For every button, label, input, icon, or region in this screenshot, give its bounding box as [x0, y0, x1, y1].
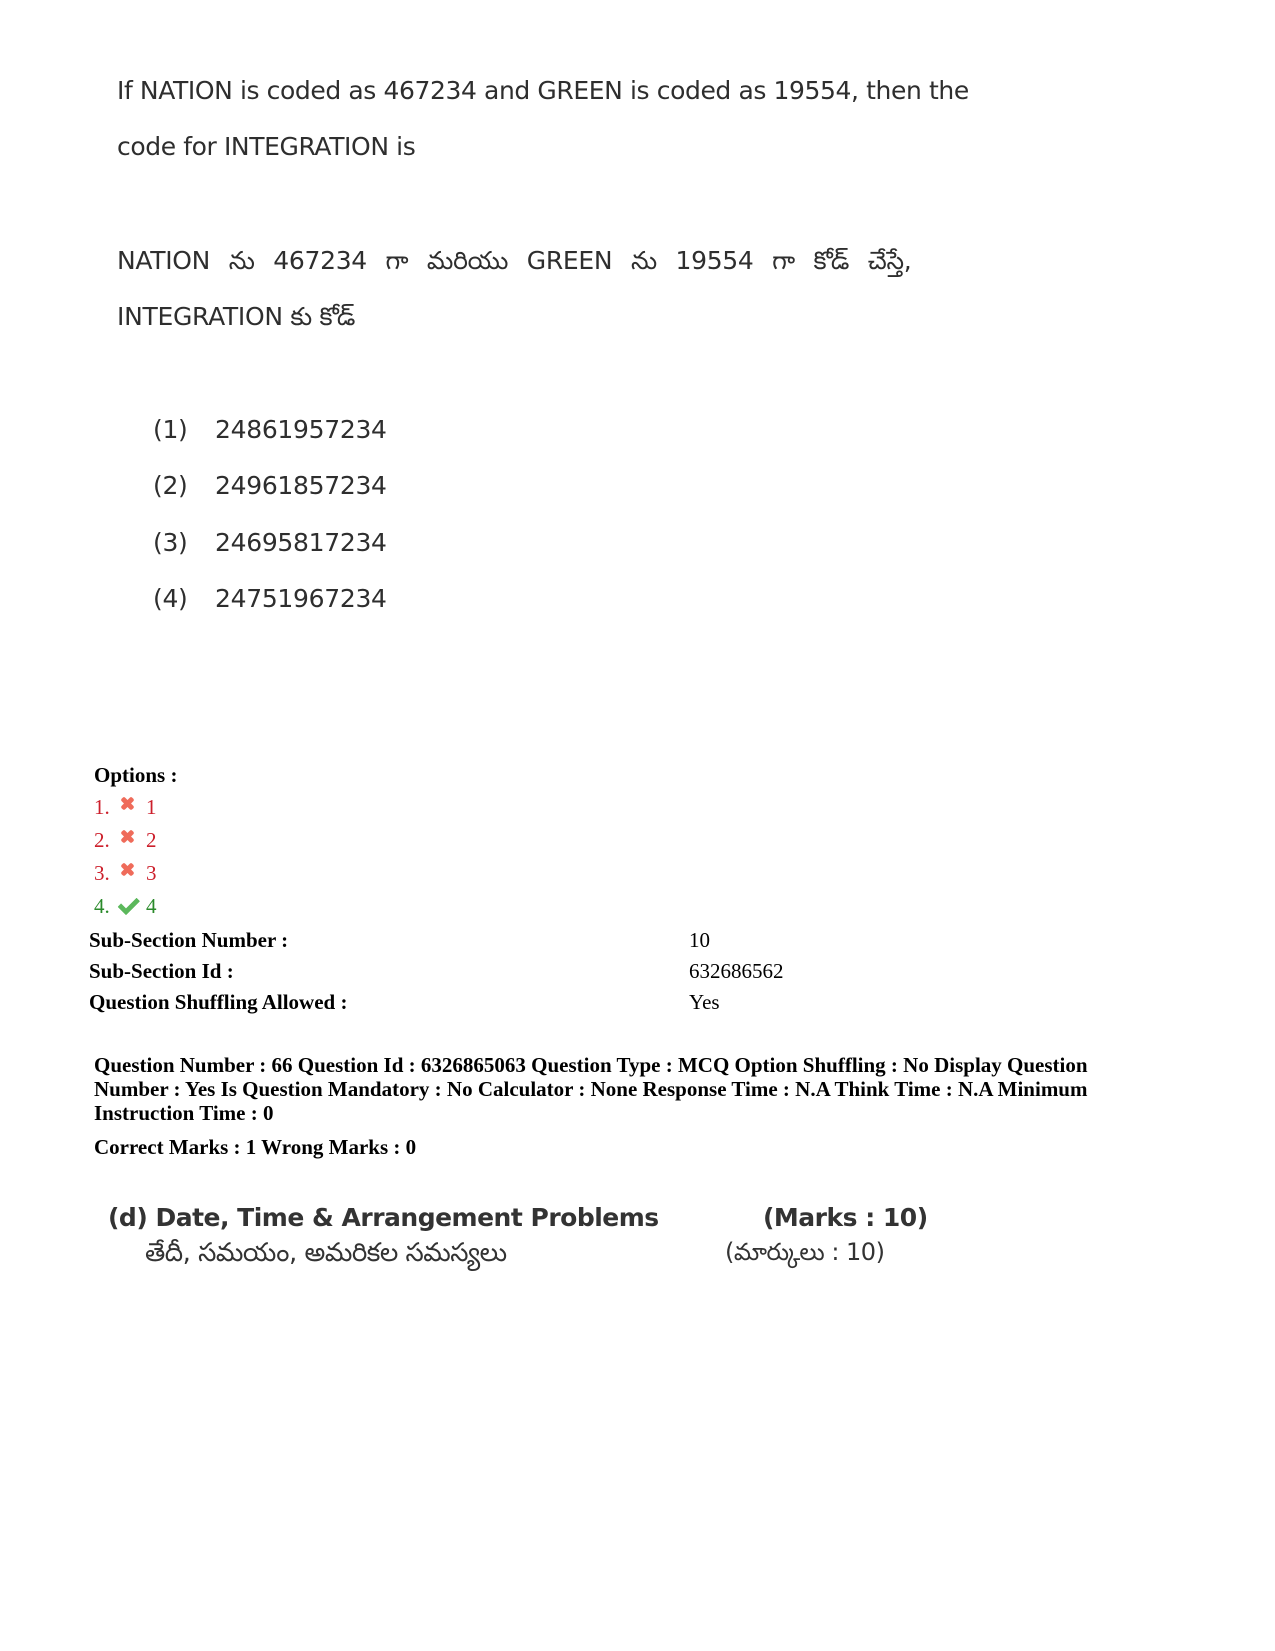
- choice-number: (4): [153, 584, 215, 613]
- question-shuffling-value: Yes: [689, 990, 720, 1015]
- subsection-number-row: Sub-Section Number : 10: [89, 928, 288, 953]
- subsection-id-row: Sub-Section Id : 632686562: [89, 959, 234, 984]
- option-item-3: 3. 3: [94, 861, 157, 886]
- question-text-telugu-line-2: INTEGRATION కు కోడ్: [117, 302, 355, 338]
- section-title-english: (d) Date, Time & Arrangement Problems: [108, 1203, 659, 1232]
- option-label: 2: [146, 828, 157, 853]
- choice-value: 24861957234: [215, 415, 387, 444]
- subsection-id-label: Sub-Section Id :: [89, 959, 234, 983]
- question-shuffling-row: Question Shuffling Allowed : Yes: [89, 990, 347, 1015]
- answer-choice: (4)24751967234: [153, 584, 387, 613]
- section-marks-english: (Marks : 10): [763, 1203, 928, 1232]
- choice-number: (1): [153, 415, 215, 444]
- answer-choice: (1)24861957234: [153, 415, 387, 444]
- answer-choice: (2)24961857234: [153, 471, 387, 500]
- subsection-number-value: 10: [689, 928, 710, 953]
- question-text-english-line-2: code for INTEGRATION is: [117, 132, 415, 161]
- choice-value: 24961857234: [215, 471, 387, 500]
- answer-choice: (3)24695817234: [153, 528, 387, 557]
- option-item-4: 4. 4: [94, 894, 157, 919]
- choice-number: (3): [153, 528, 215, 557]
- cross-icon: [118, 860, 138, 880]
- section-marks-telugu: (మార్కులు : 10): [725, 1238, 884, 1272]
- choice-value: 24751967234: [215, 584, 387, 613]
- cross-icon: [118, 794, 138, 814]
- question-shuffling-label: Question Shuffling Allowed :: [89, 990, 347, 1014]
- subsection-id-value: 632686562: [689, 959, 784, 984]
- choice-value: 24695817234: [215, 528, 387, 557]
- option-label: 3: [146, 861, 157, 886]
- question-info: Question Number : 66 Question Id : 63268…: [94, 1053, 1164, 1125]
- option-index: 3.: [94, 861, 118, 886]
- question-text-telugu-line-1: NATION ను 467234 గా మరియు GREEN ను 19554…: [117, 246, 911, 282]
- marks-info: Correct Marks : 1 Wrong Marks : 0: [94, 1135, 416, 1160]
- options-heading: Options :: [94, 763, 177, 788]
- question-text-english-line-1: If NATION is coded as 467234 and GREEN i…: [117, 76, 969, 105]
- option-index: 4.: [94, 894, 118, 919]
- option-item-2: 2. 2: [94, 828, 157, 853]
- subsection-number-label: Sub-Section Number :: [89, 928, 288, 952]
- option-label: 4: [146, 894, 157, 919]
- cross-icon: [118, 827, 138, 847]
- check-icon: [118, 893, 138, 913]
- option-index: 1.: [94, 795, 118, 820]
- section-title-telugu: తేదీ, సమయం, అమరికల సమస్యలు: [145, 1238, 507, 1274]
- option-item-1: 1. 1: [94, 795, 157, 820]
- option-index: 2.: [94, 828, 118, 853]
- choice-number: (2): [153, 471, 215, 500]
- option-label: 1: [146, 795, 157, 820]
